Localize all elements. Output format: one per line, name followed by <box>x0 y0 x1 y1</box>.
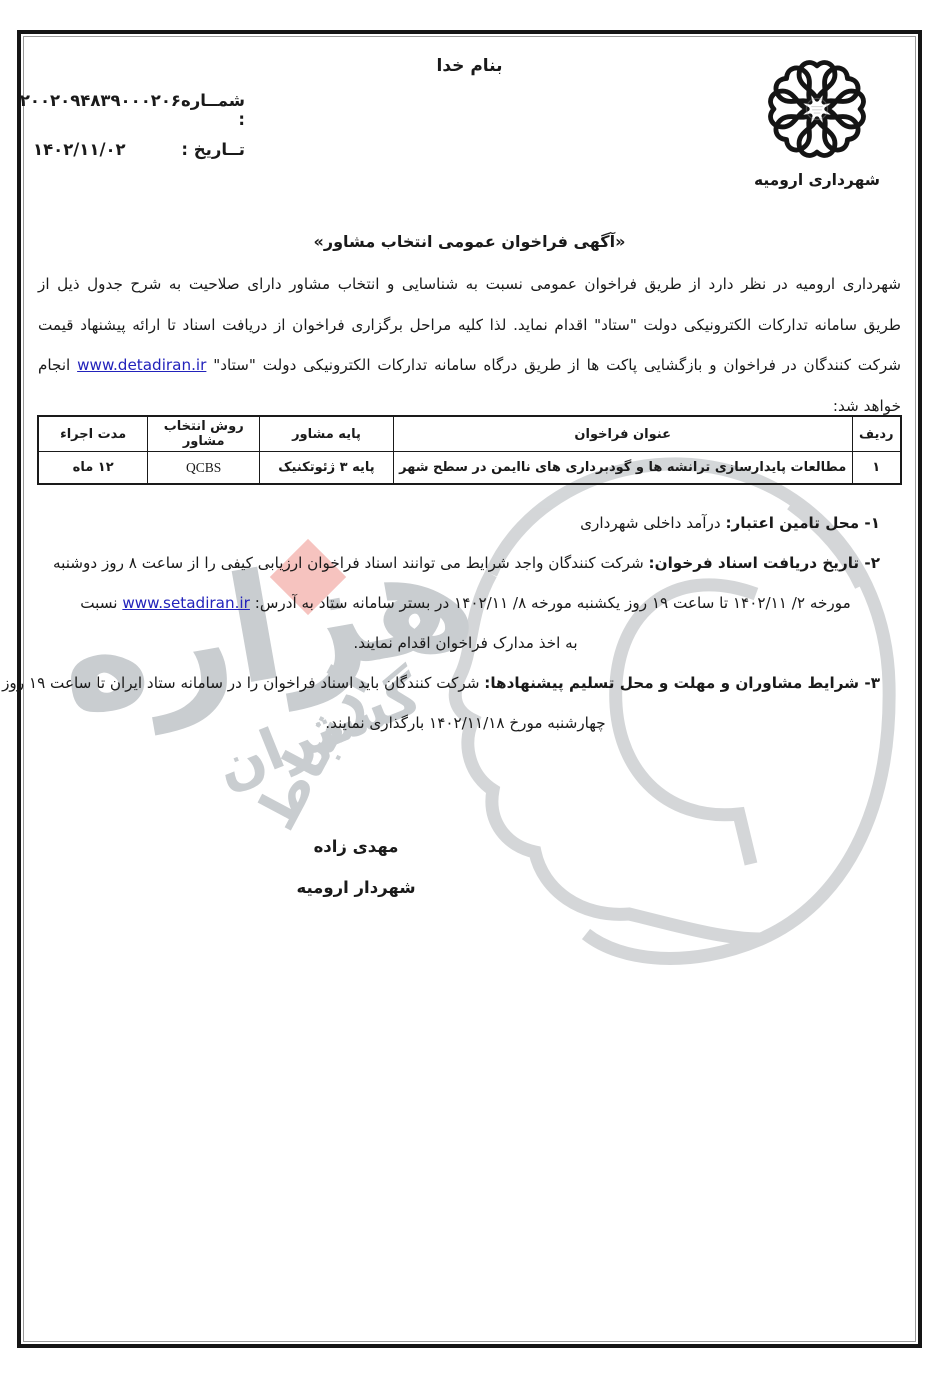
number-date-block: شمــاره : ۲۰۰۲۰۹۴۸۳۹۰۰۰۲۰۶ تــاریخ : ۱۴۰… <box>33 91 245 170</box>
signer-title: شهردار ارومیه <box>260 867 452 908</box>
intro-line-3-tail: انجام <box>38 356 77 374</box>
cell-method: QCBS <box>148 452 260 485</box>
item-3-label: شرایط مشاوران و مهلت و محل تسلیم پیشنهاد… <box>484 674 864 692</box>
intro-line-3: شرکت کنندگان در فراخوان و بازگشایی پاکت … <box>38 345 901 386</box>
detadiran-link[interactable]: www.detadiran.ir <box>77 356 206 374</box>
page-border-frame: هزاره گستران ارتباط بنام خدا شمــاره : ۲… <box>17 30 922 1348</box>
tender-table: ردیف عنوان فراخوان پایه مشاور روش انتخاب… <box>37 415 902 485</box>
item-2-line-1: ۲- تاریخ دریافت اسناد فرخوان: شرکت کنندگ… <box>51 543 880 583</box>
cell-radif: ۱ <box>852 452 901 485</box>
municipality-emblem-icon <box>760 52 874 166</box>
item-1-number: ۱- <box>864 514 880 532</box>
intro-line-1: شهرداری ارومیه در نظر دارد از طریق فراخو… <box>38 264 901 305</box>
intro-line-3-text: شرکت کنندگان در فراخوان و بازگشایی پاکت … <box>206 356 901 374</box>
cell-title: مطالعات پایدارسازی ترانشه ها و گودبرداری… <box>393 452 852 485</box>
item-2-text-3: نسبت <box>80 594 122 612</box>
cell-duration: ۱۲ ماه <box>38 452 148 485</box>
table-header-row: ردیف عنوان فراخوان پایه مشاور روش انتخاب… <box>38 416 901 452</box>
number-label: شمــاره : <box>181 91 245 129</box>
col-header-duration: مدت اجراء <box>38 416 148 452</box>
announcement-title: «آگهی فراخوان عمومی انتخاب مشاور» <box>21 232 918 251</box>
item-2-line-2: مورخه ۲/ ۱۴۰۲/۱۱ تا ساعت ۱۹ روز یکشنبه م… <box>51 583 880 623</box>
item-1-text: درآمد داخلی شهرداری <box>580 514 725 532</box>
date-label: تــاریخ : <box>181 140 245 159</box>
number-value: ۲۰۰۲۰۹۴۸۳۹۰۰۰۲۰۶ <box>20 91 181 129</box>
signer-name: مهدی زاده <box>260 826 452 867</box>
col-header-grade: پایه مشاور <box>260 416 394 452</box>
item-2-label: تاریخ دریافت اسناد فرخوان: <box>649 554 865 572</box>
col-header-method: روش انتخاب مشاور <box>148 416 260 452</box>
item-3-number: ۳- <box>864 674 880 692</box>
item-2-text-1: شرکت کنندگان واجد شرایط می توانند اسناد … <box>53 554 649 572</box>
item-1-label: محل تامین اعتبار: <box>725 514 864 532</box>
item-1: ۱- محل تامین اعتبار: درآمد داخلی شهرداری <box>51 503 880 543</box>
item-2-text-2: مورخه ۲/ ۱۴۰۲/۱۱ تا ساعت ۱۹ روز یکشنبه م… <box>250 594 851 612</box>
table-row: ۱ مطالعات پایدارسازی ترانشه ها و گودبردا… <box>38 452 901 485</box>
cell-grade: پایه ۳ ژئوتکنیک <box>260 452 394 485</box>
item-3-line-2: چهارشنبه مورخ ۱۴۰۲/۱۱/۱۸ بارگذاری نمایند… <box>51 703 880 743</box>
date-value: ۱۴۰۲/۱۱/۰۲ <box>33 140 126 159</box>
org-name: شهرداری ارومیه <box>737 171 897 189</box>
col-header-title: عنوان فراخوان <box>393 416 852 452</box>
item-2-line-3: به اخذ مدارک فراخوان اقدام نمایند. <box>51 623 880 663</box>
scanned-announcement-page: { "meta": { "bismillah": "بنام خدا", "nu… <box>0 0 938 1379</box>
municipality-logo-block: شهرداری ارومیه <box>737 52 897 189</box>
intro-paragraph: شهرداری ارومیه در نظر دارد از طریق فراخو… <box>38 264 901 426</box>
conditions-list: ۱- محل تامین اعتبار: درآمد داخلی شهرداری… <box>51 503 880 743</box>
item-2-text-4: به اخذ مدارک فراخوان اقدام نمایند. <box>353 634 577 652</box>
col-header-radif: ردیف <box>852 416 901 452</box>
item-3-line-1: ۳- شرایط مشاوران و مهلت و محل تسلیم پیشن… <box>51 663 880 703</box>
setadiran-link[interactable]: www.setadiran.ir <box>122 594 250 612</box>
signature-block: مهدی زاده شهردار ارومیه <box>260 826 452 908</box>
item-2-number: ۲- <box>864 554 880 572</box>
document-number-row: شمــاره : ۲۰۰۲۰۹۴۸۳۹۰۰۰۲۰۶ <box>33 91 245 129</box>
intro-line-2: طریق سامانه تدارکات الکترونیکی دولت "ستا… <box>38 305 901 346</box>
item-3-text-1: شرکت کنندگان باید اسناد فراخوان را در سا… <box>2 674 484 692</box>
document-date-row: تــاریخ : ۱۴۰۲/۱۱/۰۲ <box>33 140 245 159</box>
item-3-text-2: چهارشنبه مورخ ۱۴۰۲/۱۱/۱۸ بارگذاری نمایند… <box>325 714 605 732</box>
